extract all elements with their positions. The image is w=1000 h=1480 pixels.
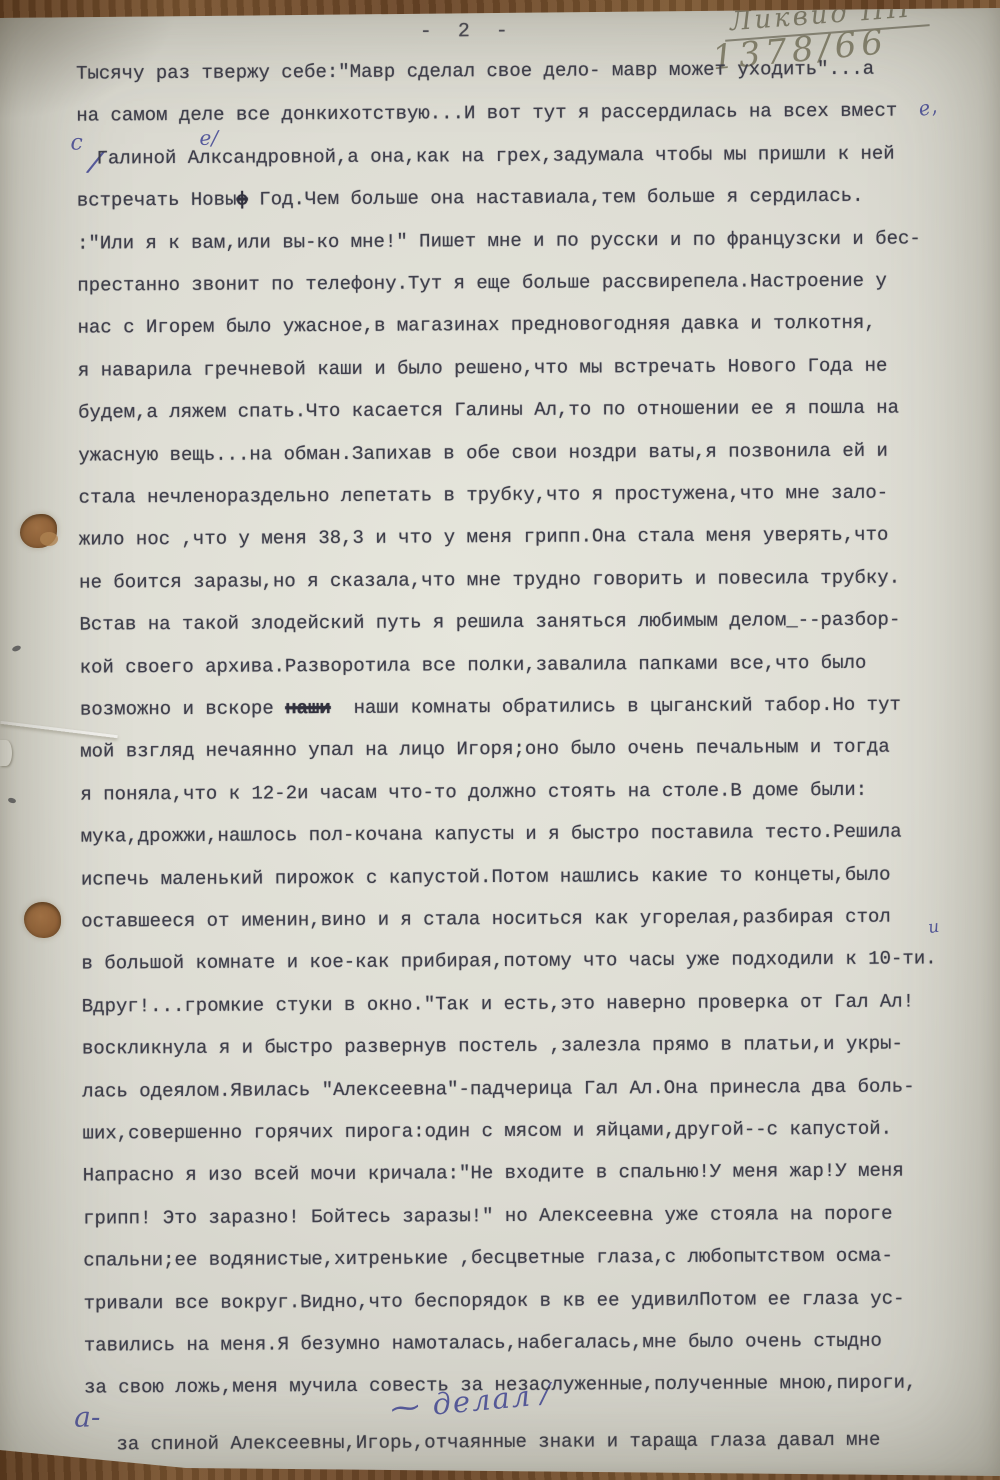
typed-line: оставшееся от именин,вино и я стала носи…: [81, 906, 891, 933]
typed-line: я наварила гречневой каши и было решено,…: [78, 354, 888, 381]
typed-line: грипп! Это заразно! Бойтесь заразы!" но …: [83, 1202, 893, 1229]
typed-line: воскликнула я и быстро развернув постель…: [82, 1033, 903, 1060]
typed-line: престанно звонит по телефону.Тут я еще б…: [77, 270, 887, 297]
ink-correction-ti: и: [927, 917, 941, 938]
ink-margin-a: а-: [74, 1400, 100, 1433]
typed-line: Вдруг!...громкие стуки в окно."Так и ест…: [82, 990, 914, 1017]
typed-line: лась одеялом.Явилась "Алексеевна"-падчер…: [82, 1075, 914, 1102]
typed-line: за свою ложь,меня мучила совесть за неза…: [84, 1372, 916, 1399]
typed-line: Напрасно я изо всей мочи кричала:"Не вхо…: [83, 1160, 904, 1187]
typed-line: за спиной Алексеевны,Игорь,отчаянные зна…: [116, 1428, 880, 1455]
typed-line: тавились на меня.Я безумно намоталась,на…: [84, 1330, 882, 1357]
typed-line: будем,а ляжем спать.Что касается Галины …: [78, 397, 899, 424]
typed-line: Тысячу раз твержу себе:"Мавр сделал свое…: [76, 58, 874, 85]
typed-line: стала нечленораздельно лепетать в трубку…: [79, 482, 889, 509]
typed-line: кой своего архива.Разворотила все полки,…: [80, 651, 867, 678]
ink-insert-s: с: [70, 131, 82, 156]
typed-line: на самом деле все донкихотствую...И вот …: [76, 100, 897, 127]
typed-line: спальни;ее водянистые,хитренькие ,бесцве…: [83, 1245, 893, 1272]
typed-line: не боится заразы,но я сказала,что мне тр…: [79, 566, 900, 593]
typed-line: мой взгляд нечаянно упал на лицо Игоря;о…: [80, 736, 890, 763]
typed-line: ших,совершенно горячих пирога:один с мяс…: [82, 1118, 892, 1145]
overtyped-strikeout: наши: [285, 697, 331, 719]
typed-line: испечь маленький пирожок с капустой.Пото…: [81, 863, 891, 890]
paper-edge-notch: [0, 740, 12, 766]
typed-line: в большой комнате и кое-как прибирая,пот…: [81, 948, 936, 975]
typed-line: тривали все вокруг.Видно,что беспорядок …: [83, 1287, 904, 1314]
page-number: - 2 -: [420, 20, 515, 44]
typed-line: возможно и вскоре наши наши комнаты обра…: [80, 694, 901, 721]
typed-line: нас с Игорем было ужасное,в магазинах пр…: [78, 312, 876, 339]
typed-line: жило нос ,что у меня 38,3 и что у меня г…: [79, 524, 889, 551]
document-page: - 2 - Ликвид ПП 1378/66 е, с е/ / и дела…: [0, 0, 1000, 1480]
overtyped-strikeout: ф: [236, 189, 248, 211]
punch-hole-top: [20, 514, 57, 548]
typed-line: ужасную вещь...на обман.Запихав в обе св…: [78, 439, 888, 466]
punch-hole-bottom: [24, 902, 61, 938]
ink-correction-line2: е,: [916, 93, 940, 121]
typed-line: :"Или я к вам,или вы-ко мне!" Пишет мне …: [77, 227, 921, 254]
typed-line: мука,дрожжи,нашлось пол-кочана капусты и…: [81, 821, 902, 848]
typed-line: Встав на такой злодейский путь я решила …: [79, 609, 900, 636]
page-content: - 2 - Ликвид ПП 1378/66 е, с е/ / и дела…: [0, 0, 1000, 1480]
scanned-document-photo: - 2 - Ликвид ПП 1378/66 е, с е/ / и дела…: [0, 0, 1000, 1480]
typed-line: Галиной Алксандровной,а она,как на грех,…: [96, 142, 894, 169]
typed-line: встречать Новыф Год.Чем больше она наста…: [77, 185, 864, 212]
typed-line: я поняла,что к 12-2и часам что-то должно…: [80, 779, 867, 806]
